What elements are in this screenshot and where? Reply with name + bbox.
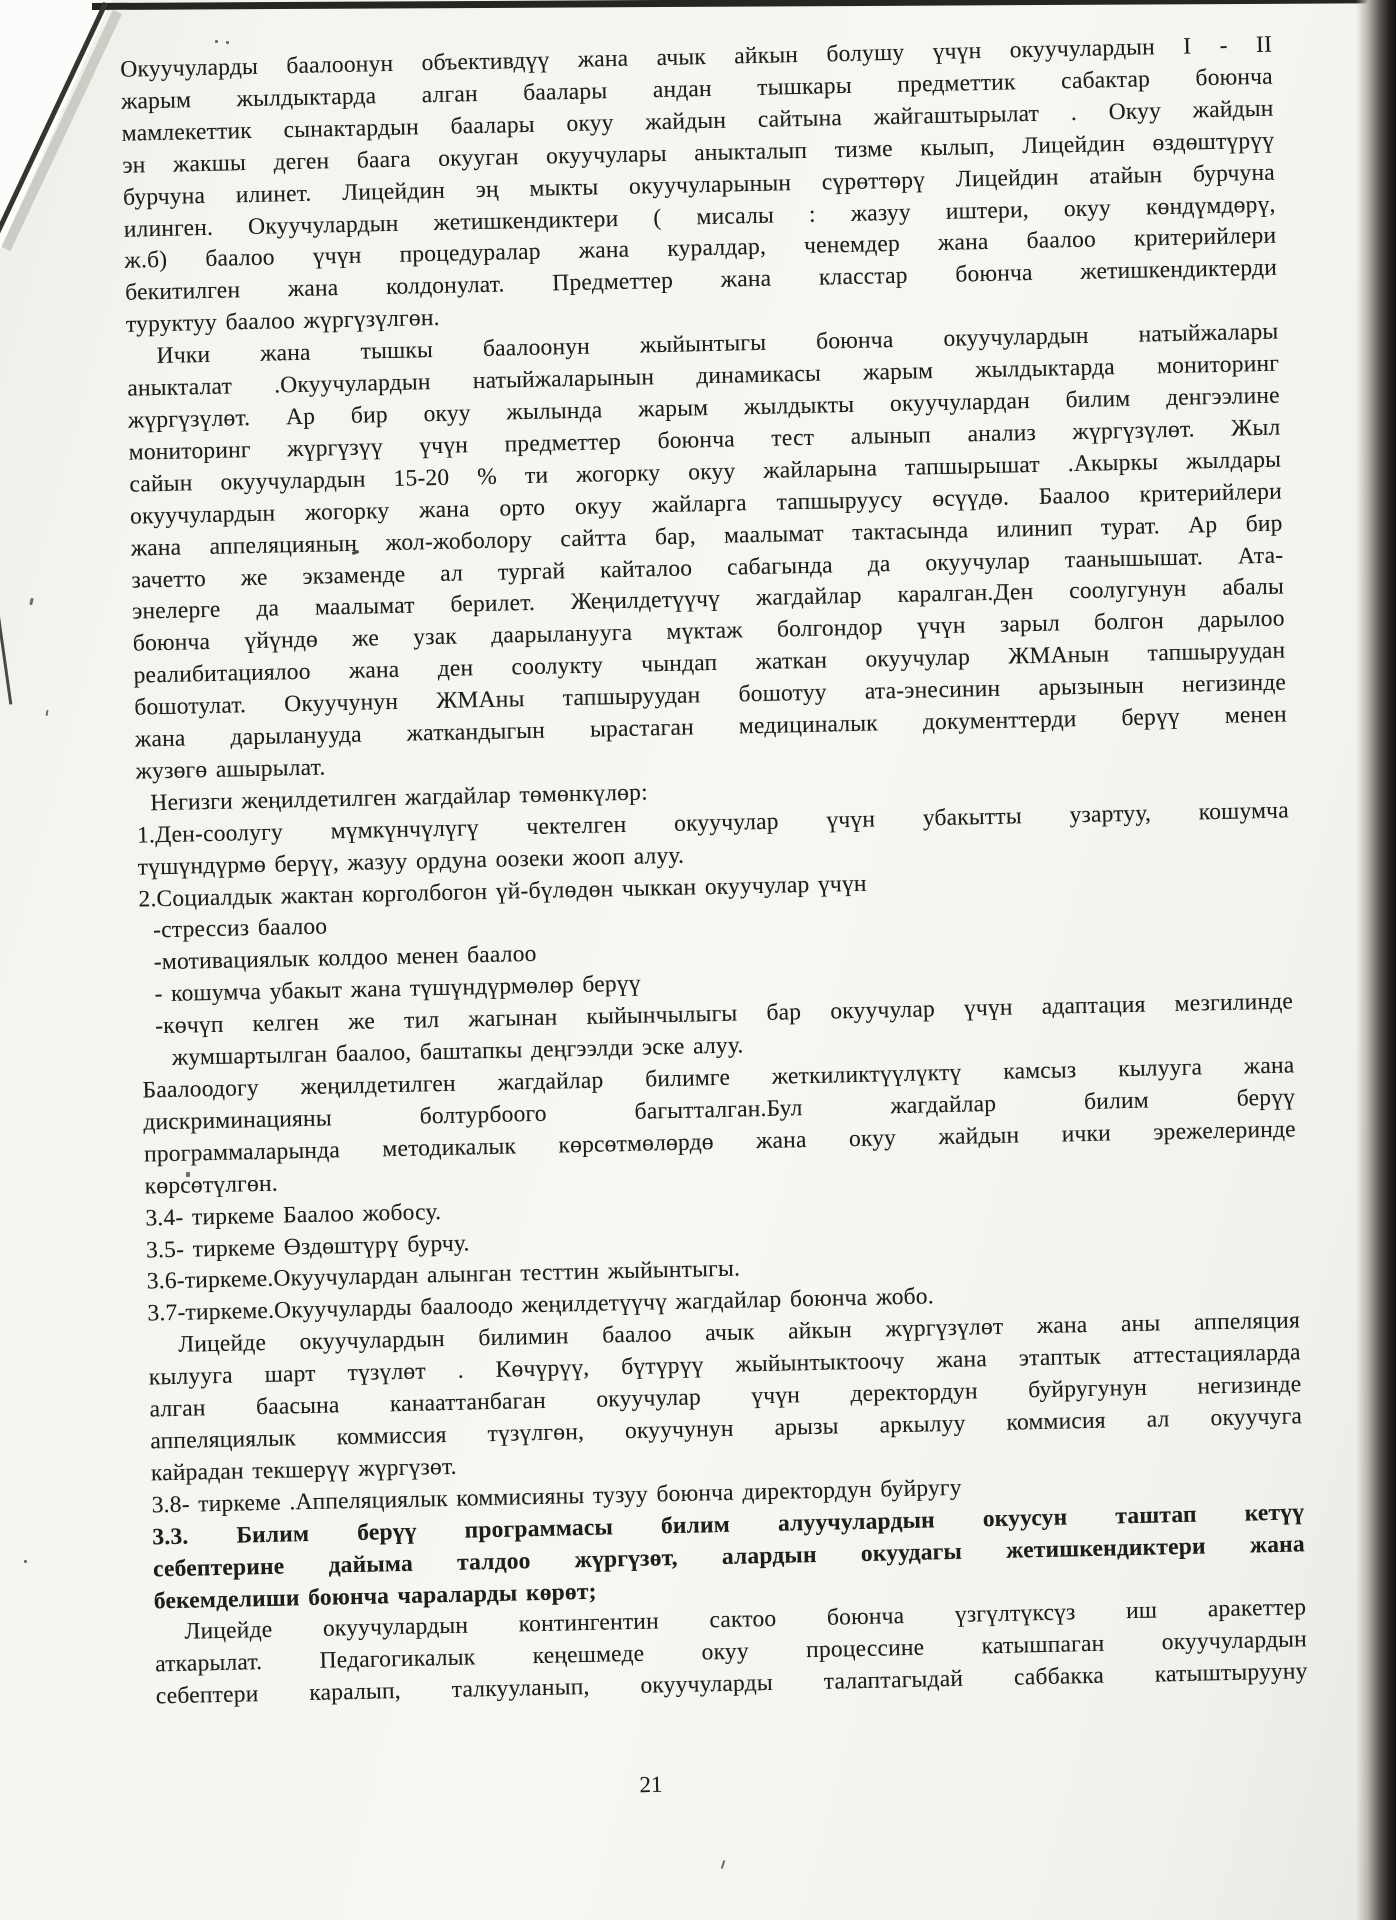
scan-right-shadow-band	[1356, 0, 1396, 1920]
scan-speck	[29, 598, 34, 606]
scanned-document-page: Окуучуларды баалоонун объективдүү жана а…	[0, 0, 1396, 1920]
document-text-block: Окуучуларды баалоонун объективдүү жана а…	[120, 30, 1308, 1714]
scan-top-edge-line	[92, 0, 1396, 10]
scan-speck	[721, 1860, 726, 1869]
scan-corner-paper-fold	[0, 0, 140, 270]
scan-speck	[45, 710, 48, 716]
scan-speck	[24, 1560, 27, 1563]
scan-speck	[215, 40, 218, 43]
scan-speck	[226, 41, 229, 44]
page-number: 21	[596, 1771, 707, 1799]
scan-left-edge-mark	[0, 585, 12, 704]
